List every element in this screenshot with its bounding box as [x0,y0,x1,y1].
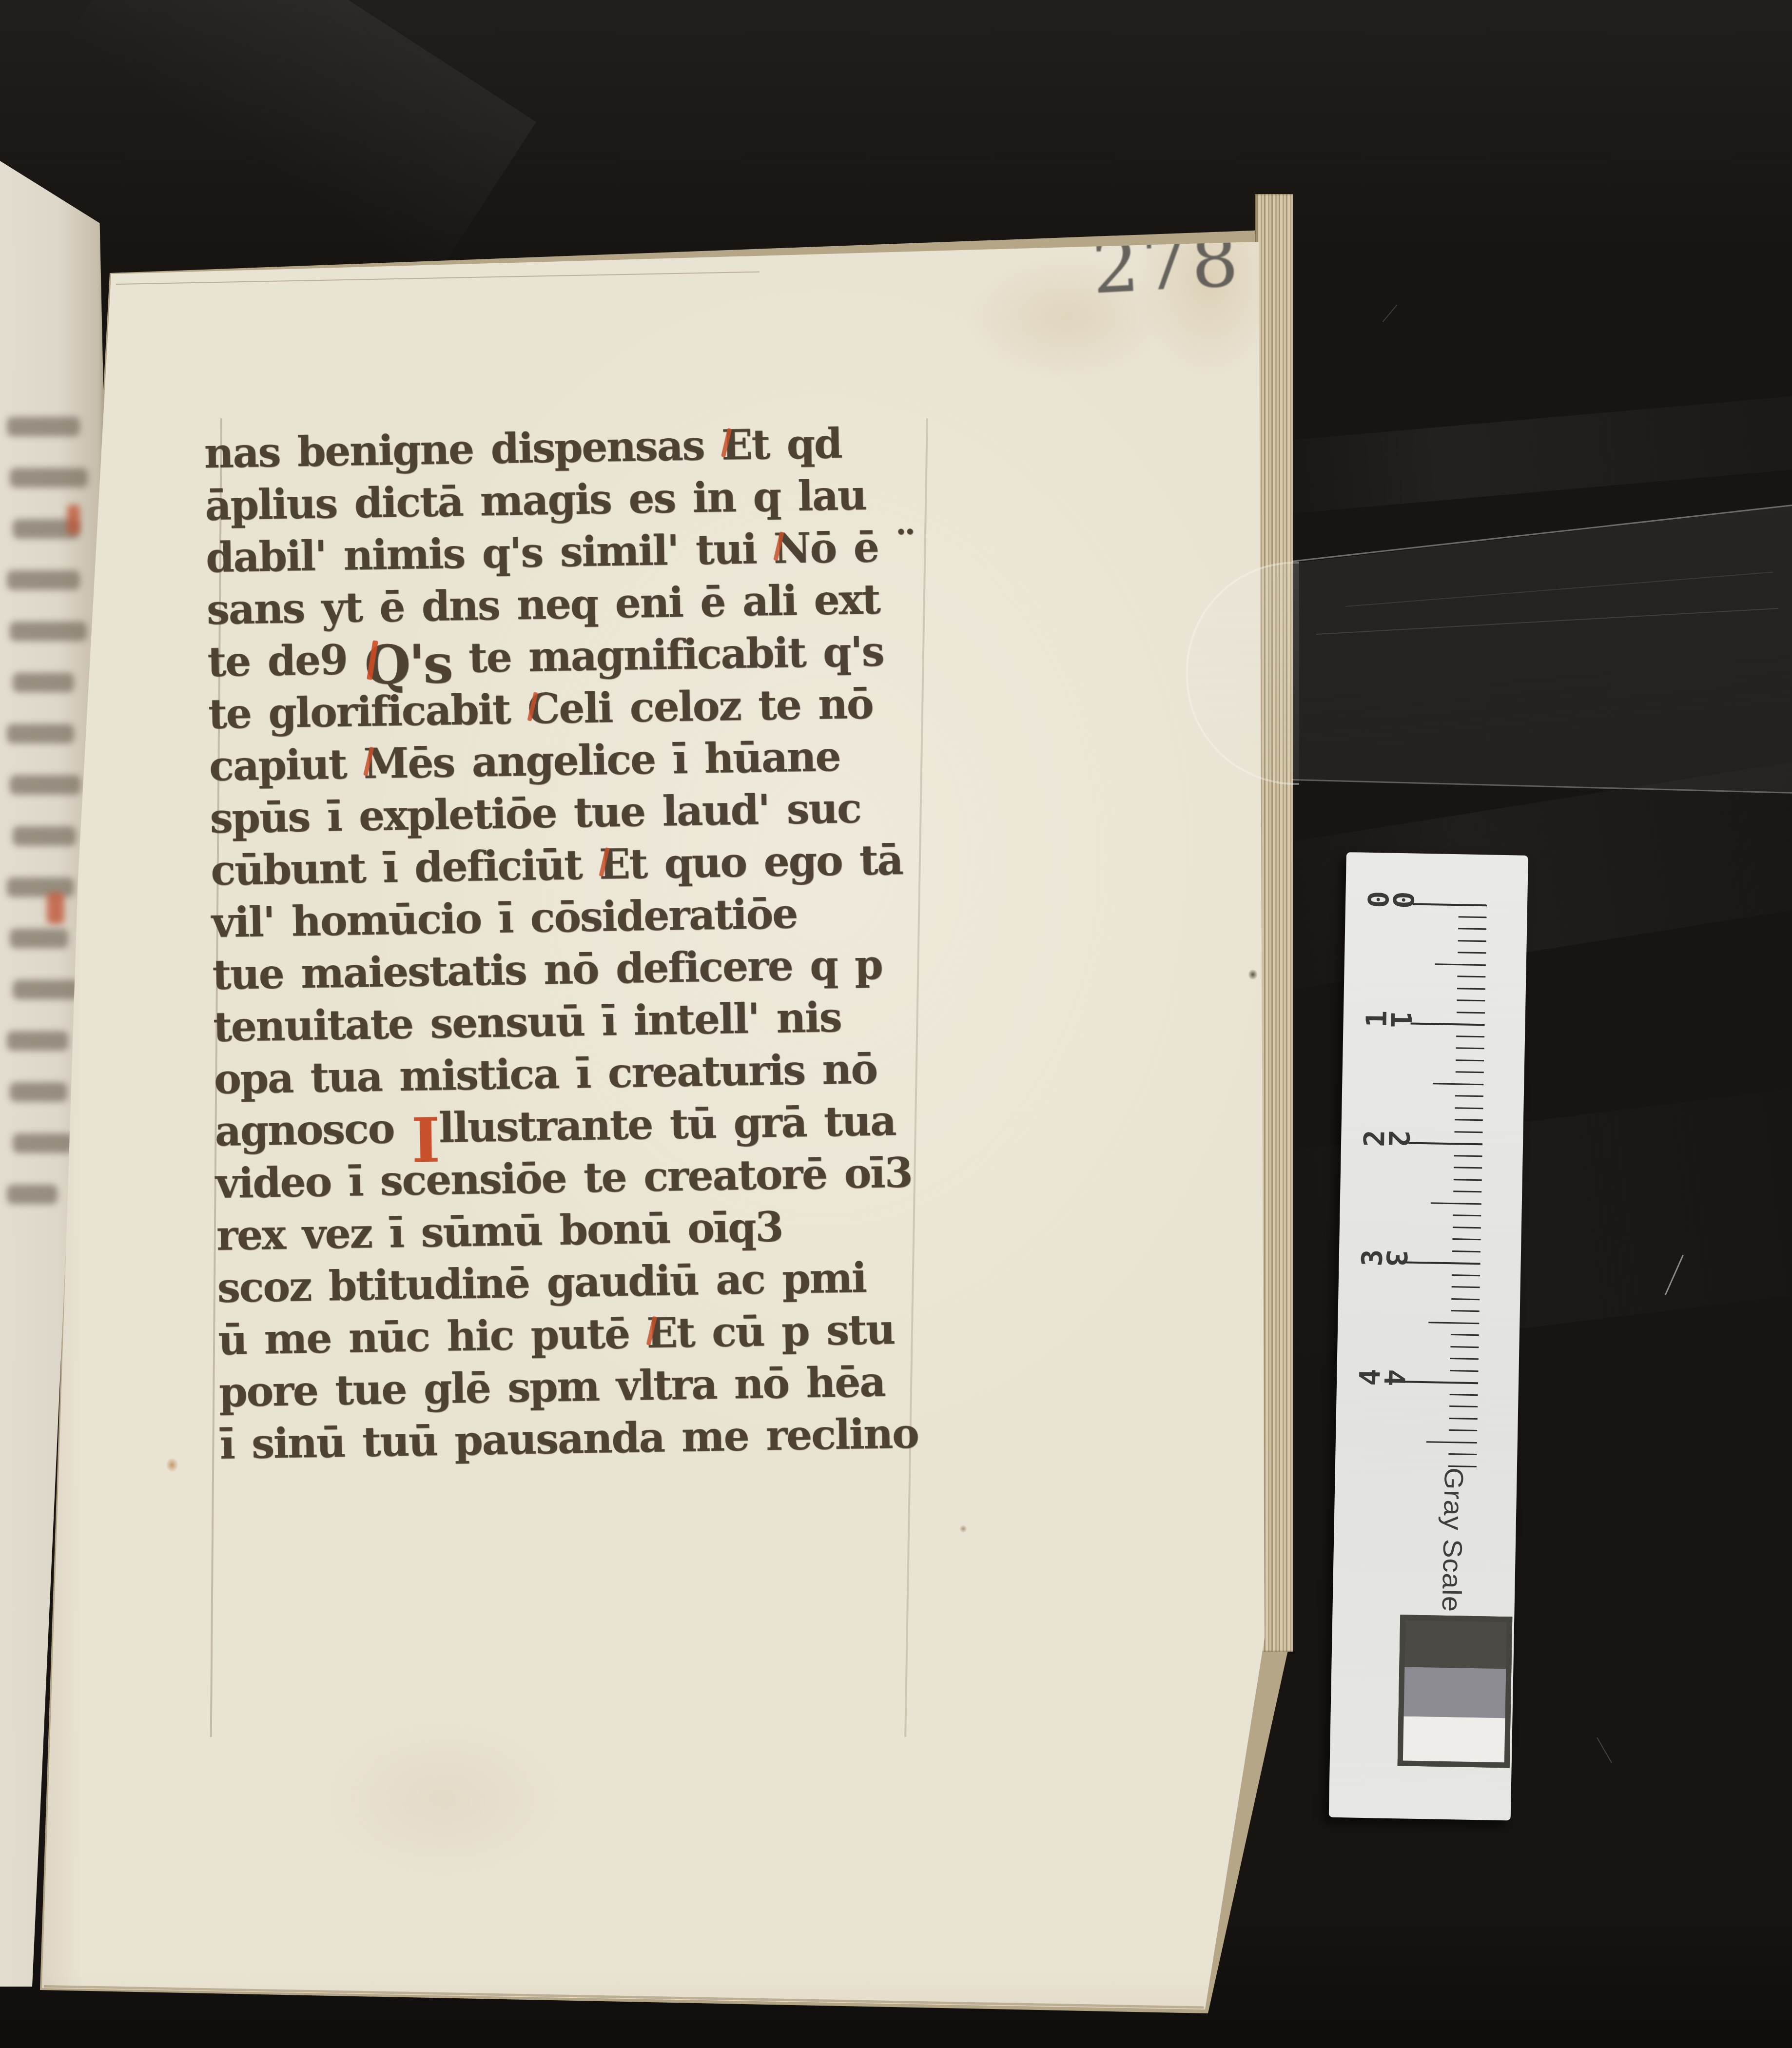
text-segment: Mēs [363,738,455,788]
facing-page-text-line [13,826,76,846]
facing-page-text-line [10,468,88,488]
gray-patch-mid [1404,1667,1506,1718]
text-segment: quo ego tā [646,836,903,888]
dust-hair [1665,1254,1684,1295]
facing-page-text-line [7,1185,58,1204]
text-segment: Nō [773,524,836,573]
text-segment: capiut [209,740,364,790]
ink-dot [1248,969,1258,980]
facing-page-rubric-mark [47,892,64,924]
text-segment: llustrante tū grā tua [438,1096,896,1152]
text-segment: ī sinū tuū pausanda me reclino [219,1409,918,1468]
dust-hair [1382,305,1397,323]
text-segment: cūbunt ī deficiūt [210,840,599,895]
text-segment: tenuitate sensuū ī intell' nis [213,993,841,1051]
text-segment: vil' homūcio ī cōsideratiōe [211,889,797,947]
text-segment: ū me nūc hic putē [218,1309,647,1364]
facing-page-text-line [10,1082,67,1102]
plastic-strap-edge [1292,504,1792,562]
text-segment: Q's [364,632,452,696]
facing-page-text-line [7,878,74,897]
page-top-crease [116,272,760,285]
text-segment: Celi [527,683,613,733]
text-segment: rex vez ī sūmū bonū oīq3 [216,1203,783,1260]
text-block: nas benigne dispensas Et qdāplius dictā … [204,416,980,1471]
text-segment: te magnificabit q's [451,627,884,682]
plastic-strap-edge [1292,779,1792,794]
text-segment: scoz btitudinē gaudiū ac pmi [217,1253,866,1312]
text-segment: dabil' nimis q's simil' tui [205,525,774,582]
text-segment: āplius dictā magis es in q lau [205,471,866,529]
text-segment: pore tue glē spm vltra nō hēa [218,1357,885,1416]
folio-number: 278 [1090,216,1243,311]
backdrop-fold [0,0,1792,254]
text-segment: ē ¨ [836,522,915,572]
facing-page-text-line [10,622,87,641]
gray-patch-block [1398,1615,1513,1768]
plastic-strap-reflection [1316,608,1779,635]
facing-page-text-line [13,980,80,999]
text-segment: Et [721,420,769,469]
facing-page-rubric-mark [67,505,80,535]
text-segment: celoz te nō [612,680,873,732]
text-segment: nas benigne dispensas [204,421,722,477]
ruler-number: 2 [1382,1123,1416,1154]
ruler-number: 4 [1378,1362,1411,1393]
facing-page-text-line [7,724,74,743]
facing-page-text-line [7,417,80,436]
facing-page-text-line [7,570,80,590]
gray-patch-dark [1404,1620,1507,1669]
facing-page-text-line [13,673,74,692]
text-segment: Et [646,1308,695,1357]
text-segment: Et [599,839,647,889]
text-segment: qd [769,419,842,468]
scale-card: 0011223344 Gray Scale [1329,852,1528,1821]
text-segment: angelice ī hūane [454,732,840,786]
backdrop-fold [1246,395,1792,517]
photo-canvas: 278 nas benigne dispensas Et qdāplius di… [0,0,1792,2048]
text-segment: opa tua mistica ī creaturis nō [214,1044,877,1103]
page-stain [959,1525,967,1533]
text-segment: sans yt ē dns neq eni ē ali ext [206,575,880,634]
text-segment: te de9 [207,635,365,686]
page-stain [166,1458,178,1472]
dust-hair [1597,1737,1612,1763]
ruler-number: 3 [1380,1242,1413,1274]
ruler-number: 1 [1384,1003,1418,1035]
text-segment: spūs ī expletiōe tue laud' suc [210,784,861,842]
backdrop-fold [1257,1090,1792,1358]
facing-page-text-line [10,929,68,948]
facing-page-text-line [10,775,81,795]
gray-patch-light [1403,1716,1505,1762]
plastic-strap-reflection [1345,571,1773,607]
page-stain [317,1716,570,1882]
text-segment: video ī scensiōe te creatorē oī3 [215,1148,912,1207]
text-segment: agnosco [214,1104,411,1155]
facing-page-text-line [13,1133,74,1153]
page-bottom-edge [44,1985,1204,2009]
ruler-number: 0 [1386,884,1420,916]
facing-page-text-line [7,1031,68,1051]
text-segment: tue maiestatis nō deficere q p [212,940,882,999]
text-segment: cū p stu [694,1305,895,1356]
